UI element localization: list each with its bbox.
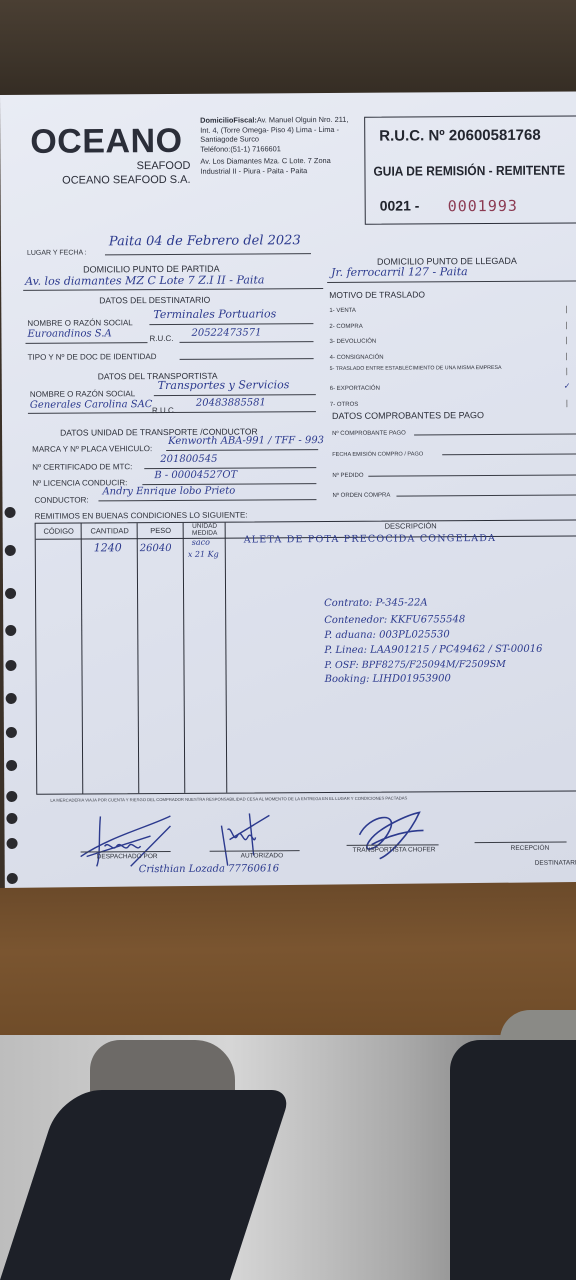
reason-checkbox: |	[565, 336, 567, 345]
signature-carrier	[349, 804, 429, 864]
perforation-hole	[6, 760, 17, 771]
table-surface	[0, 0, 576, 100]
note-precinto-osf: P. OSF: BPF8275/F25094M/F2509SM	[324, 659, 505, 671]
driver-label: CONDUCTOR:	[34, 495, 88, 504]
brand-name: OCEANO	[30, 124, 190, 159]
dispatcher-name: Cristhian Lozada 77760616	[139, 863, 279, 875]
origin-value: Av. los diamantes MZ C Lote 7 Z.I II - P…	[25, 273, 264, 287]
row-peso: 26040	[140, 543, 172, 554]
payment-date-field	[442, 453, 576, 455]
reason-checkbox: |	[566, 399, 568, 408]
underline	[154, 394, 316, 396]
dispatched-by-label: DESPACHADO POR	[97, 853, 158, 860]
plant-address: Av. Los Diamantes Mza. C Lote. 7 Zona In…	[200, 156, 360, 176]
place-date-value: Paita 04 de Febrero del 2023	[109, 233, 301, 249]
underline	[180, 341, 314, 343]
th-descripcion: DESCRIPCIÓN	[226, 520, 576, 531]
reason-option: 5- TRASLADO ENTRE ESTABLECIMIENTO DE UNA…	[330, 365, 502, 372]
reason-option: 2- COMPRA	[329, 324, 362, 330]
right-leg	[450, 1040, 576, 1280]
brand-sub: SEAFOOD	[30, 160, 190, 173]
recipient-section-title: DATOS DEL DESTINATARIO	[99, 295, 210, 306]
phone: Teléfono:(51-1) 7166601	[200, 144, 360, 155]
row-unidad-2: x 21 Kg	[188, 550, 219, 559]
legal-name: OCEANO SEAFOOD S.A.	[30, 174, 190, 187]
carrier-name-label: NOMBRE O RAZÓN SOCIAL	[30, 389, 135, 399]
recipient-name-label: NOMBRE O RAZÓN SOCIAL	[27, 318, 132, 328]
perforation-hole	[6, 791, 17, 802]
recipient-ruc: 20522473571	[191, 327, 261, 338]
goods-intro: REMITIMOS EN BUENAS CONDICIONES LO SIGUI…	[35, 510, 248, 520]
recipient-name-line1: Terminales Portuarios	[153, 307, 276, 321]
th-codigo: CÓDIGO	[36, 527, 82, 536]
vehicle-plate: Kenworth ABA-991 / TFF - 993	[168, 435, 324, 447]
note-precinto-linea: P. Linea: LAA901215 / PC49462 / ST-00016	[324, 644, 542, 656]
carrier-ruc-label: R.U.C.	[152, 406, 176, 415]
payment-section-title: DATOS COMPROBANTES DE PAGO	[332, 410, 484, 421]
ruc-number: R.U.C. Nº 20600581768	[379, 127, 541, 145]
reason-option: 1- VENTA	[329, 308, 356, 314]
underline	[105, 253, 311, 255]
column-unidad	[184, 523, 228, 793]
mtc-number: 201800545	[160, 454, 217, 465]
disclaimer: LA MERCADERIA VIAJA POR CUENTA Y RIESGO …	[50, 796, 407, 803]
carrier-ruc: 20483885581	[196, 397, 266, 408]
perforation-hole	[7, 838, 18, 849]
th-peso: PESO	[138, 526, 184, 535]
reason-checkmark: ✓	[564, 382, 571, 391]
perforation-hole	[5, 625, 16, 636]
recipient-label: DESTINATARIO	[535, 859, 576, 866]
company-address: DomicilioFiscal:Av. Manuel Olguin Nro. 2…	[200, 115, 360, 177]
th-cantidad: CANTIDAD	[82, 526, 138, 535]
vehicle-plate-label: MARCA Y Nº PLACA VEHICULO:	[32, 444, 152, 454]
note-booking: Booking: LIHD01953900	[325, 673, 451, 685]
document-series: 0021 -	[380, 197, 420, 213]
place-date-label: LUGAR Y FECHA :	[27, 249, 87, 256]
driver-name: Andry Enrique lobo Prieto	[102, 486, 235, 498]
document-number: 0001993	[448, 197, 518, 215]
wooden-board	[0, 882, 576, 1048]
reason-checkbox: |	[566, 352, 568, 361]
underline	[149, 323, 313, 325]
recipient-name-line2: Euroandinos S.A	[27, 328, 111, 340]
perforation-hole	[5, 507, 16, 518]
document-title: GUIA DE REMISIÓN - REMITENTE	[373, 163, 565, 179]
reason-checkbox: |	[565, 305, 567, 314]
row-cantidad: 1240	[94, 541, 122, 554]
note-precinto-aduana: P. aduana: 003PL025530	[324, 629, 449, 641]
payment-receipt-label: Nº COMPROBANTE PAGO	[332, 431, 406, 437]
column-codigo	[36, 524, 84, 794]
reason-option: 3- DEVOLUCIÓN	[329, 339, 376, 345]
underline	[26, 342, 148, 344]
perforation-strip	[0, 95, 27, 895]
order-number-field	[368, 474, 576, 476]
id-doc-field	[180, 358, 314, 360]
goods-table: CÓDIGO CANTIDAD PESO UNIDAD MEDIDA DESCR…	[35, 519, 576, 794]
perforation-hole	[6, 693, 17, 704]
perforation-hole	[5, 660, 16, 671]
transfer-reason-title: MOTIVO DE TRASLADO	[329, 289, 425, 300]
column-peso	[138, 523, 186, 793]
th-unidad: UNIDAD MEDIDA	[184, 523, 226, 537]
row-descripcion: ALETA DE POTA PRECOCIDA CONGELADA	[244, 533, 497, 546]
underline	[327, 280, 576, 283]
reason-option: 4- CONSIGNACIÓN	[330, 355, 384, 361]
carrier-name-line2: Generales Carolina SAC	[30, 399, 153, 411]
fiscal-address-label: DomicilioFiscal:	[200, 115, 257, 124]
destination-value: Jr. ferrocarril 127 - Paita	[331, 265, 468, 279]
underline	[98, 499, 316, 501]
reception-label: RECEPCIÓN	[511, 845, 550, 852]
row-unidad-1: saco	[192, 538, 210, 547]
perforation-hole	[6, 813, 17, 824]
purchase-order-field	[396, 494, 576, 496]
id-doc-label: TIPO Y Nº DE DOC DE IDENTIDAD	[28, 352, 157, 362]
perforation-hole	[5, 545, 16, 556]
purchase-order-label: Nº ORDEN COMPRA	[332, 493, 390, 499]
company-logo: OCEANO SEAFOOD OCEANO SEAFOOD S.A.	[30, 124, 190, 187]
sig-line	[475, 842, 567, 844]
order-number-label: Nº PEDIDO	[332, 473, 363, 479]
reason-option-selected: 6- EXPORTACIÓN	[330, 386, 380, 392]
perforation-hole	[6, 727, 17, 738]
reason-checkbox: |	[565, 321, 567, 330]
column-cantidad	[82, 523, 140, 793]
carrier-name-line1: Transportes y Servicios	[158, 378, 290, 392]
license-number: B - 00004527OT	[154, 470, 237, 482]
recipient-ruc-label: R.U.C.	[149, 334, 173, 343]
payment-date-label: FECHA EMISIÓN COMPRO / PAGO	[332, 451, 423, 458]
reason-checkbox: |	[566, 367, 568, 376]
underline	[23, 288, 323, 291]
reason-option: 7- OTROS	[330, 402, 358, 408]
carrier-driver-label: TRANSPORTISTA CHOFER	[353, 846, 436, 854]
payment-receipt-field	[414, 433, 576, 435]
note-contenedor: Contenedor: KKFU6755548	[324, 614, 465, 626]
authorized-label: AUTORIZADO	[241, 852, 284, 859]
ruc-box: R.U.C. Nº 20600581768 GUIA DE REMISIÓN -…	[364, 115, 576, 224]
note-contrato: Contrato: P-345-22A	[324, 597, 428, 609]
perforation-hole	[7, 873, 18, 884]
perforation-hole	[5, 588, 16, 599]
remission-guide-document: OCEANO SEAFOOD OCEANO SEAFOOD S.A. Domic…	[0, 91, 576, 895]
mtc-label: Nº CERTIFICADO DE MTC:	[32, 462, 132, 472]
underline	[166, 449, 318, 451]
